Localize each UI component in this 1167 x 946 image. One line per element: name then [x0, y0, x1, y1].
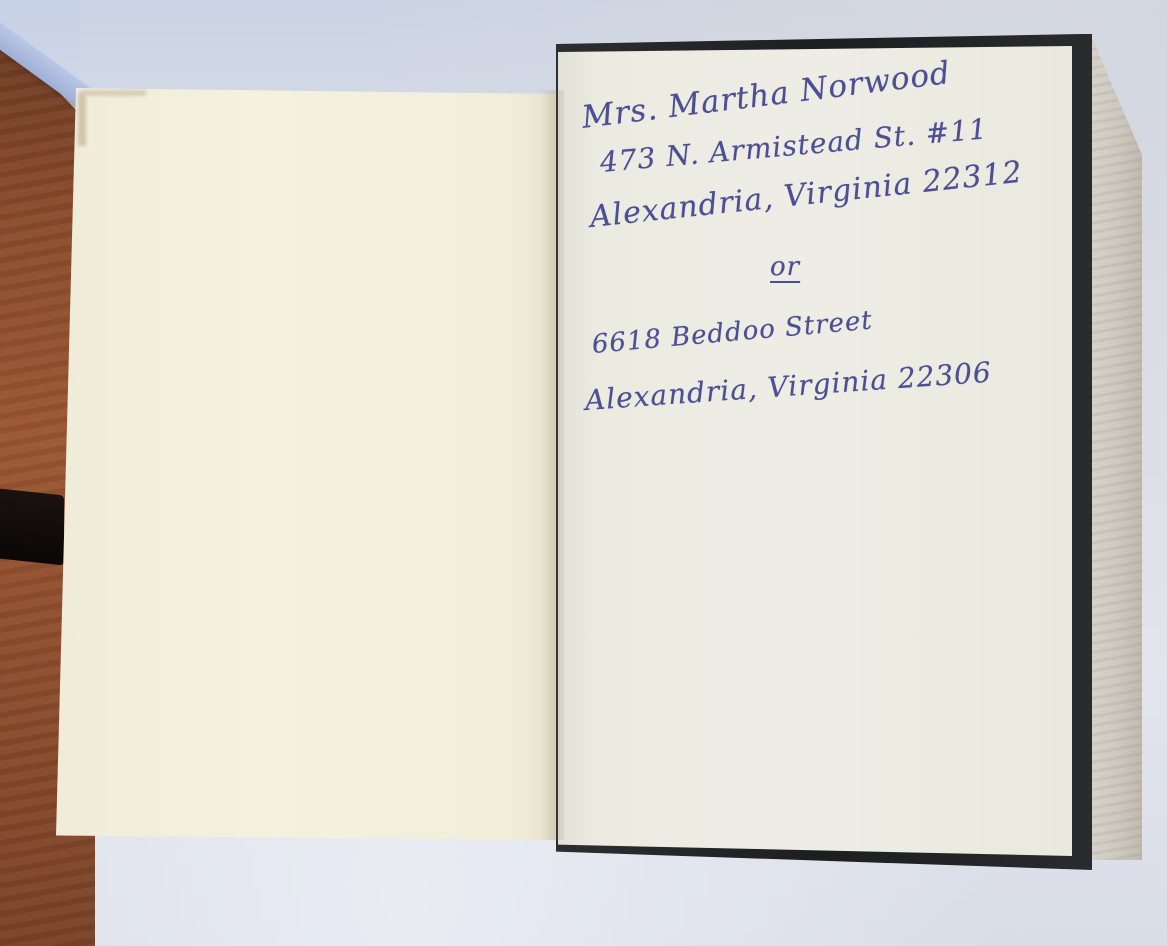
book-gutter — [540, 90, 564, 840]
corner-stain — [78, 90, 146, 146]
page-block-edges — [1086, 40, 1142, 860]
inscription-or: or — [770, 252, 800, 282]
left-endpaper — [56, 88, 556, 840]
open-book: Mrs. Martha Norwood 473 N. Armistead St.… — [0, 0, 1167, 946]
